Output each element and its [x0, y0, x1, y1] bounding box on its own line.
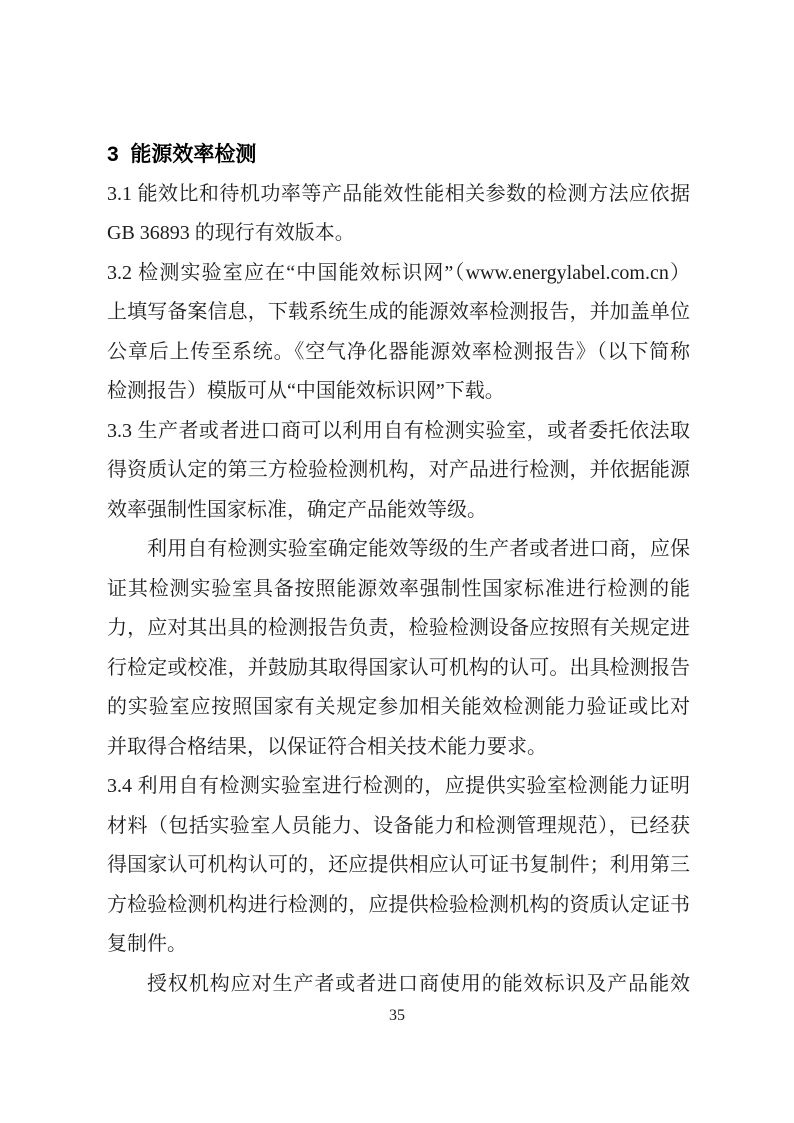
- section-heading: 3 能源效率检测: [107, 135, 690, 175]
- text-line: 复制件。: [107, 925, 690, 965]
- text-line: 的实验室应按照国家有关规定参加相关能效检测能力验证或比对: [107, 688, 690, 728]
- text-line: 得资质认定的第三方检验检测机构，对产品进行检测，并依据能源: [107, 451, 690, 491]
- text-line: 上填写备案信息，下载系统生成的能源效率检测报告，并加盖单位: [107, 293, 690, 333]
- text-line: 利用自有检测实验室确定能效等级的生产者或者进口商，应保: [107, 530, 690, 570]
- page-number: 35: [0, 1004, 794, 1028]
- paragraph: 利用自有检测实验室确定能效等级的生产者或者进口商，应保证其检测实验室具备按照能源…: [107, 530, 690, 767]
- paragraph: 授权机构应对生产者或者进口商使用的能效标识及产品能效: [107, 965, 690, 1005]
- paragraph: 3.1 能效比和待机功率等产品能效性能相关参数的检测方法应依据GB 36893 …: [107, 175, 690, 254]
- text-line: 力，应对其出具的检测报告负责，检验检测设备应按照有关规定进: [107, 609, 690, 649]
- text-line: 检测报告）模版可从“中国能效标识网”下载。: [107, 372, 690, 412]
- text-line: 公章后上传至系统。《空气净化器能源效率检测报告》（以下简称: [107, 333, 690, 373]
- text-line: 证其检测实验室具备按照能源效率强制性国家标准进行检测的能: [107, 570, 690, 610]
- text-line: 行检定或校准，并鼓励其取得国家认可机构的认可。出具检测报告: [107, 649, 690, 689]
- document-content: 3 能源效率检测3.1 能效比和待机功率等产品能效性能相关参数的检测方法应依据G…: [107, 135, 690, 1004]
- text-line: GB 36893 的现行有效版本。: [107, 214, 690, 254]
- document-page: 3 能源效率检测3.1 能效比和待机功率等产品能效性能相关参数的检测方法应依据G…: [0, 0, 794, 1123]
- paragraph: 3.3 生产者或者进口商可以利用自有检测实验室，或者委托依法取得资质认定的第三方…: [107, 412, 690, 531]
- paragraph: 3.2 检测实验室应在“中国能效标识网”（www.energylabel.com…: [107, 254, 690, 412]
- heading-text: 3 能源效率检测: [107, 135, 690, 175]
- text-line: 授权机构应对生产者或者进口商使用的能效标识及产品能效: [107, 965, 690, 1005]
- text-line: 3.1 能效比和待机功率等产品能效性能相关参数的检测方法应依据: [107, 175, 690, 215]
- text-line: 3.4 利用自有检测实验室进行检测的，应提供实验室检测能力证明: [107, 767, 690, 807]
- text-line: 3.3 生产者或者进口商可以利用自有检测实验室，或者委托依法取: [107, 412, 690, 452]
- text-line: 3.2 检测实验室应在“中国能效标识网”（www.energylabel.com…: [107, 254, 690, 294]
- paragraph: 3.4 利用自有检测实验室进行检测的，应提供实验室检测能力证明材料（包括实验室人…: [107, 767, 690, 965]
- text-line: 得国家认可机构认可的，还应提供相应认可证书复制件；利用第三: [107, 846, 690, 886]
- text-line: 方检验检测机构进行检测的，应提供检验检测机构的资质认定证书: [107, 886, 690, 926]
- text-line: 效率强制性国家标准，确定产品能效等级。: [107, 491, 690, 531]
- text-line: 并取得合格结果，以保证符合相关技术能力要求。: [107, 728, 690, 768]
- text-line: 材料（包括实验室人员能力、设备能力和检测管理规范），已经获: [107, 807, 690, 847]
